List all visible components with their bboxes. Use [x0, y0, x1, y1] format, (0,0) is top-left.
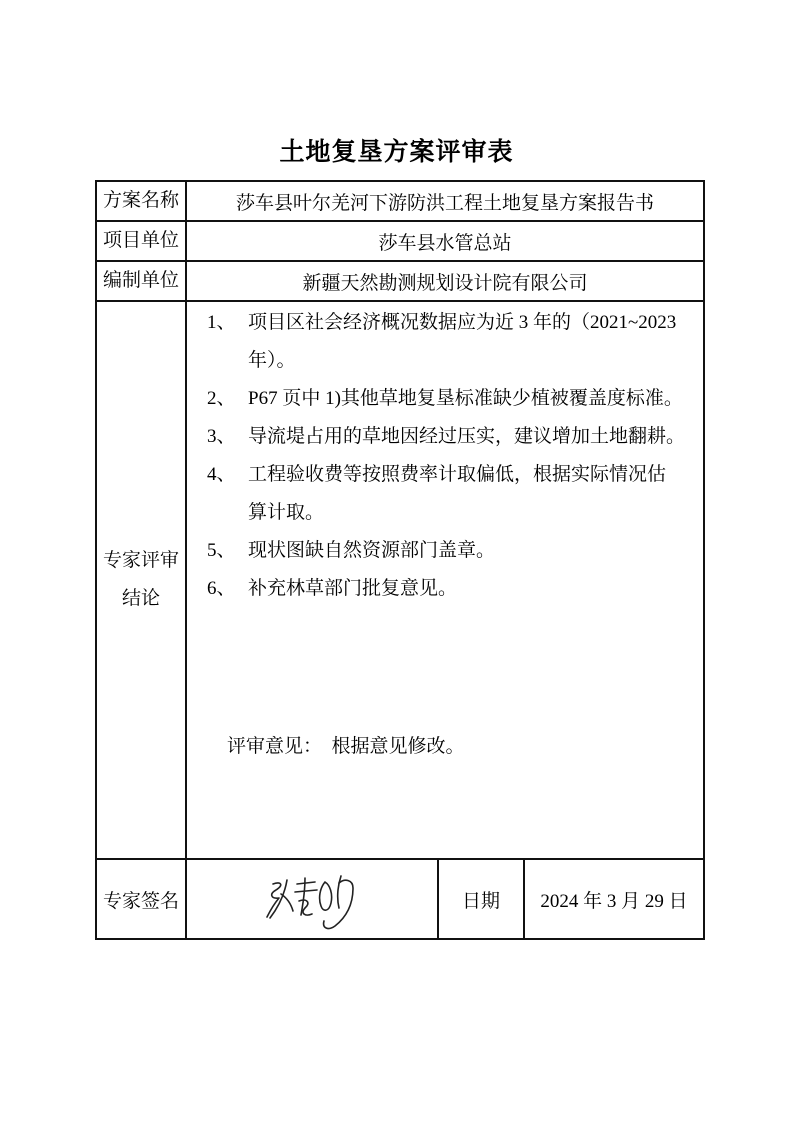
- item-number: 5、: [187, 532, 248, 570]
- item-text: 补充林草部门批复意见。: [248, 570, 703, 608]
- handwritten-signature-icon: [257, 870, 367, 932]
- expert-signature-cell: [186, 859, 438, 939]
- item-text: P67 页中 1)其他草地复垦标准缺少植被覆盖度标准。: [248, 380, 703, 418]
- item-text: 工程验收费等按照费率计取偏低，根据实际情况估 算计取。: [248, 456, 703, 532]
- conclusion-item: 4、 工程验收费等按照费率计取偏低，根据实际情况估 算计取。: [187, 456, 703, 532]
- date-label: 日期: [438, 859, 524, 939]
- project-unit-label: 项目单位: [96, 221, 186, 261]
- project-unit-value: 莎车县水管总站: [186, 221, 704, 261]
- review-form-table: 方案名称 莎车县叶尔羌河下游防洪工程土地复垦方案报告书 项目单位 莎车县水管总站…: [95, 180, 705, 940]
- item-number: 1、: [187, 304, 248, 380]
- item-number: 2、: [187, 380, 248, 418]
- conclusion-item: 3、 导流堤占用的草地因经过压实，建议增加土地翻耕。: [187, 418, 703, 456]
- expert-conclusion-content: 1、 项目区社会经济概况数据应为近 3 年的（2021~2023 年）。 2、 …: [186, 301, 704, 859]
- item-number: 6、: [187, 570, 248, 608]
- item-text: 导流堤占用的草地因经过压实，建议增加土地翻耕。: [248, 418, 703, 456]
- compiling-unit-label: 编制单位: [96, 261, 186, 301]
- conclusion-item: 5、 现状图缺自然资源部门盖章。: [187, 532, 703, 570]
- table-row: 项目单位 莎车县水管总站: [96, 221, 704, 261]
- conclusion-item: 2、 P67 页中 1)其他草地复垦标准缺少植被覆盖度标准。: [187, 380, 703, 418]
- date-value: 2024 年 3 月 29 日: [524, 859, 704, 939]
- document-page: 土地复垦方案评审表 方案名称 莎车县叶尔羌河下游防洪工程土地复垦方案报告书 项目…: [0, 0, 793, 1122]
- expert-signature-label: 专家签名: [96, 859, 186, 939]
- table-row: 专家评审 结论 1、 项目区社会经济概况数据应为近 3 年的（2021~2023…: [96, 301, 704, 859]
- table-row: 编制单位 新疆天然勘测规划设计院有限公司: [96, 261, 704, 301]
- item-text: 项目区社会经济概况数据应为近 3 年的（2021~2023 年）。: [248, 304, 703, 380]
- page-title: 土地复垦方案评审表: [0, 137, 793, 169]
- conclusion-item: 6、 补充林草部门批复意见。: [187, 570, 703, 608]
- plan-name-label: 方案名称: [96, 181, 186, 221]
- expert-conclusion-label: 专家评审 结论: [96, 301, 186, 859]
- item-text: 现状图缺自然资源部门盖章。: [248, 532, 703, 570]
- compiling-unit-value: 新疆天然勘测规划设计院有限公司: [186, 261, 704, 301]
- table-row: 方案名称 莎车县叶尔羌河下游防洪工程土地复垦方案报告书: [96, 181, 704, 221]
- item-number: 4、: [187, 456, 248, 532]
- review-opinion: 评审意见： 根据意见修改。: [187, 728, 703, 766]
- plan-name-value: 莎车县叶尔羌河下游防洪工程土地复垦方案报告书: [186, 181, 704, 221]
- item-number: 3、: [187, 418, 248, 456]
- conclusion-item: 1、 项目区社会经济概况数据应为近 3 年的（2021~2023 年）。: [187, 304, 703, 380]
- table-row: 专家签名 日期 2024 年 3 月 29 日: [96, 859, 704, 939]
